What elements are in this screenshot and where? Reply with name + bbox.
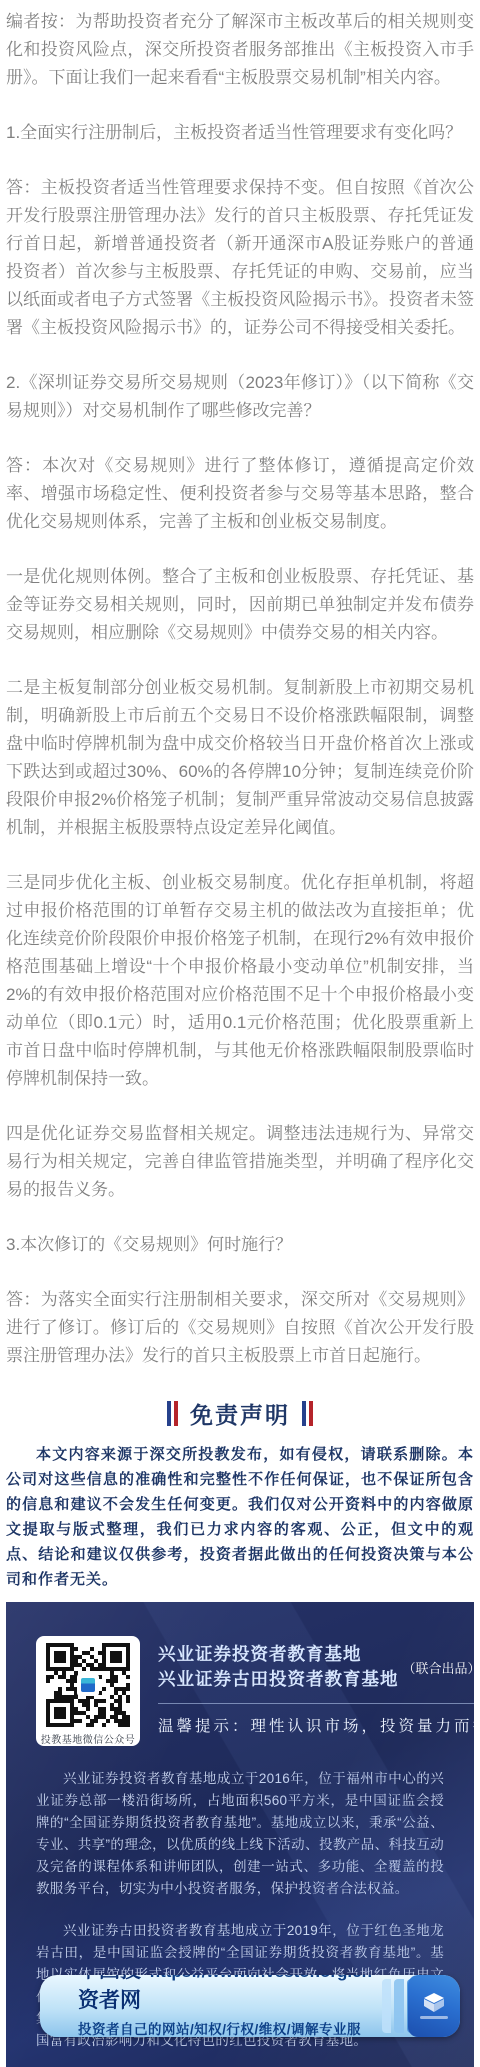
book-cover-icon bbox=[408, 1975, 460, 2037]
answer-3: 答：为落实全面实行注册制相关要求，深交所对《交易规则》进行了修订。修订后的《交易… bbox=[6, 1286, 474, 1370]
investor-education-banner: 投教基地微信公众号 兴业证券投资者教育基地 兴业证券古田投资者教育基地 （联合出… bbox=[6, 1602, 474, 2067]
investor-site-subtitle: 投资者自己的网站/知权/行权/维权/调解专业服务平台 bbox=[78, 2018, 372, 2037]
disclaimer-title: 免责声明 bbox=[6, 1397, 474, 1430]
question-1: 1.全面实行注册制后，主板投资者适当性管理要求有变化吗？ bbox=[6, 119, 474, 147]
wechat-qr-card: 投教基地微信公众号 bbox=[36, 1636, 140, 1746]
org-about-paragraph-1: 兴业证券投资者教育基地成立于2016年，位于福州市中心的兴业证券总部一楼沿街场所… bbox=[6, 1768, 474, 1900]
org-name-1: 兴业证券投资者教育基地 bbox=[158, 1642, 399, 1667]
double-bar-icon bbox=[302, 1401, 313, 1426]
editor-note-paragraph: 编者按：为帮助投资者充分了解深市主板改革后的相关规则变化和投资风险点，深交所投资… bbox=[6, 8, 474, 92]
qr-center-logo-icon bbox=[77, 1674, 99, 1696]
article-body: 编者按：为帮助投资者充分了解深市主板改革后的相关规则变化和投资风险点，深交所投资… bbox=[0, 8, 480, 1370]
investor-site-url: https://www.investor.org.cn bbox=[150, 1975, 372, 1982]
answer-2-point-2: 二是主板复制部分创业板交易机制。复制新股上市初期交易机制，明确新股上市后前五个交… bbox=[6, 674, 474, 842]
question-2: 2.《深圳证券交易所交易规则（2023年修订）》（以下简称《交易规则》）对交易机… bbox=[6, 369, 474, 425]
answer-2-point-3: 三是同步优化主板、创业板交易制度。优化存拒单机制，将超过申报价格范围的订单暂存交… bbox=[6, 869, 474, 1093]
question-3: 3.本次修订的《交易规则》何时施行？ bbox=[6, 1231, 474, 1259]
banner-divider bbox=[158, 1703, 474, 1704]
book-logo-icon bbox=[372, 1975, 460, 2037]
disclaimer-section: 免责声明 本文内容来源于深交所投教发布，如有侵权，请联系删除。本公司对这些信息的… bbox=[0, 1397, 480, 1592]
org-names: 兴业证券投资者教育基地 兴业证券古田投资者教育基地 bbox=[158, 1642, 399, 1692]
qr-code bbox=[46, 1643, 130, 1727]
org-name-2: 兴业证券古田投资者教育基地 bbox=[158, 1667, 399, 1692]
banner-header: 投教基地微信公众号 兴业证券投资者教育基地 兴业证券古田投资者教育基地 （联合出… bbox=[6, 1602, 474, 1746]
banner-org-block: 兴业证券投资者教育基地 兴业证券古田投资者教育基地 （联合出品） 温馨提示：理性… bbox=[140, 1636, 474, 1746]
article-page: 编者按：为帮助投资者充分了解深市主板改革后的相关规则变化和投资风险点，深交所投资… bbox=[0, 0, 480, 2067]
investor-website-card: 中国投资者网 https://www.investor.org.cn 投资者自己… bbox=[40, 1975, 460, 2037]
banner-tip: 温馨提示：理性认识市场，投资量力而行 bbox=[158, 1714, 474, 1736]
answer-2: 答：本次对《交易规则》进行了整体修订，遵循提高定价效率、增强市场稳定性、便利投资… bbox=[6, 452, 474, 536]
cover-caption-decoration bbox=[420, 2016, 448, 2019]
investor-website-text: 中国投资者网 https://www.investor.org.cn 投资者自己… bbox=[40, 1975, 372, 2037]
answer-2-point-1: 一是优化规则体例。整合了主板和创业板股票、存托凭证、基金等证券交易相关规则，同时… bbox=[6, 563, 474, 647]
answer-2-point-4: 四是优化证券交易监督相关规定。调整违法违规行为、异常交易行为相关规定，完善自律监… bbox=[6, 1120, 474, 1204]
disclaimer-title-text: 免责声明 bbox=[190, 1397, 290, 1430]
investor-site-name: 中国投资者网 bbox=[78, 1975, 142, 2014]
joint-production-label: （联合出品） bbox=[403, 1658, 475, 1677]
double-bar-icon bbox=[167, 1401, 178, 1426]
answer-1: 答：主板投资者适当性管理要求保持不变。但自按照《首次公开发行股票注册管理办法》发… bbox=[6, 174, 474, 342]
open-box-icon bbox=[423, 1993, 445, 2013]
qr-caption: 投教基地微信公众号 bbox=[41, 1731, 136, 1746]
disclaimer-text: 本文内容来源于深交所投教发布，如有侵权，请联系删除。本公司对这些信息的准确性和完… bbox=[6, 1442, 474, 1592]
